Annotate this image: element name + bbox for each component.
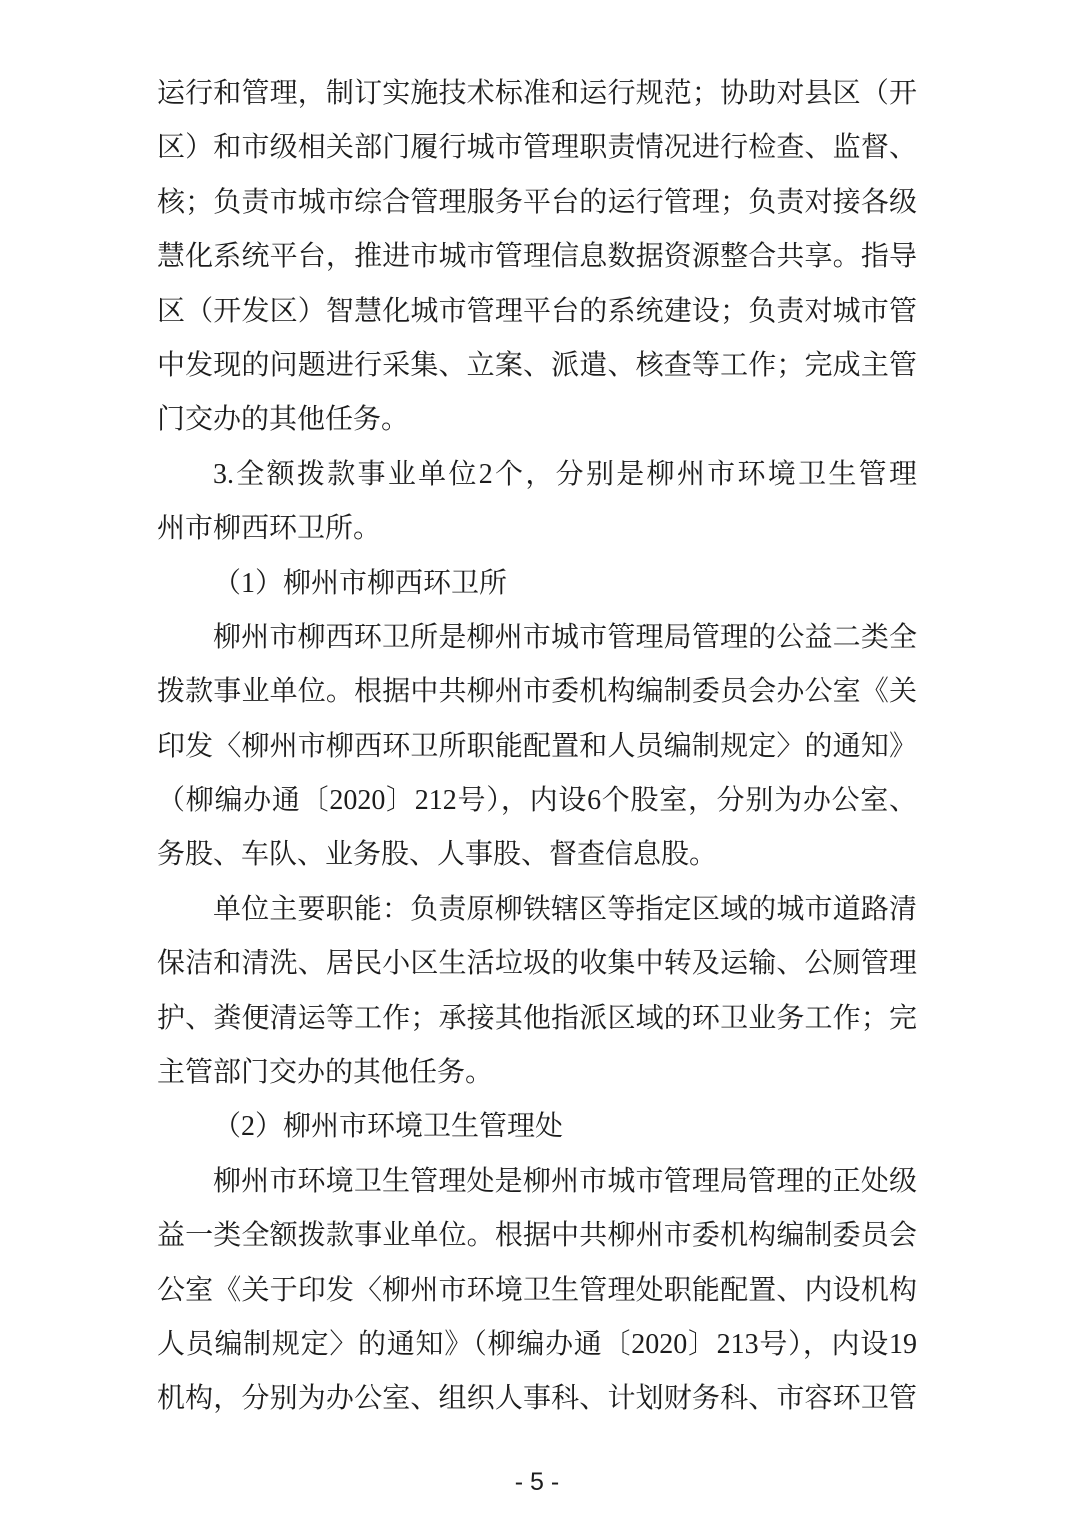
text-line: 保洁和清洗、居民小区生活垃圾的收集中转及运输、公厕管理维 <box>157 937 917 991</box>
subsection-heading: （2）柳州市环境卫生管理处 <box>157 1100 917 1154</box>
text-line: 核；负责市城市综合管理服务平台的运行管理；负责对接各级智 <box>157 176 917 230</box>
text-line: 3.全额拨款事业单位2个，分别是柳州市环境卫生管理处、柳 <box>157 448 917 502</box>
document-body-text: 运行和管理，制订实施技术标准和运行规范；协助对县区（开发 区）和市级相关部门履行… <box>157 67 917 1427</box>
text-line: 单位主要职能：负责原柳铁辖区等指定区域的城市道路清扫 <box>157 883 917 937</box>
text-line: 务股、车队、业务股、人事股、督查信息股。 <box>157 828 917 882</box>
subsection-heading: （1）柳州市柳西环卫所 <box>157 557 917 611</box>
text-line: 中发现的问题进行采集、立案、派遣、核查等工作；完成主管部 <box>157 339 917 393</box>
document-page: { "colors": { "background": "#ffffff", "… <box>0 0 1074 1520</box>
text-line: 运行和管理，制订实施技术标准和运行规范；协助对县区（开发 <box>157 67 917 121</box>
text-line: 门交办的其他任务。 <box>157 393 917 447</box>
text-line: （柳编办通〔2020〕212号），内设6个股室，分别为办公室、财 <box>157 774 917 828</box>
text-line: 州市柳西环卫所。 <box>157 502 917 556</box>
text-line: 印发〈柳州市柳西环卫所职能配置和人员编制规定〉的通知》 <box>157 720 917 774</box>
text-line: 机构，分别为办公室、组织人事科、计划财务科、市容环卫管理 <box>157 1372 917 1426</box>
text-line: 柳州市柳西环卫所是柳州市城市管理局管理的公益二类全额 <box>157 611 917 665</box>
text-line: 主管部门交办的其他任务。 <box>157 1046 917 1100</box>
text-line: 区）和市级相关部门履行城市管理职责情况进行检查、监督、考 <box>157 121 917 175</box>
text-line: 慧化系统平台，推进市城市管理信息数据资源整合共享。指导县 <box>157 230 917 284</box>
text-line: 护、粪便清运等工作；承接其他指派区域的环卫业务工作；完成 <box>157 992 917 1046</box>
text-line: 区（开发区）智慧化城市管理平台的系统建设；负责对城市管理 <box>157 285 917 339</box>
text-line: 人员编制规定〉的通知》（柳编办通〔2020〕213号），内设19个 <box>157 1318 917 1372</box>
text-line: 柳州市环境卫生管理处是柳州市城市管理局管理的正处级公 <box>157 1155 917 1209</box>
page-number: - 5 - <box>0 1468 1074 1497</box>
text-line: 益一类全额拨款事业单位。根据中共柳州市委机构编制委员会办 <box>157 1209 917 1263</box>
text-line: 公室《关于印发〈柳州市环境卫生管理处职能配置、内设机构和 <box>157 1264 917 1318</box>
text-line: 拨款事业单位。根据中共柳州市委机构编制委员会办公室《关于 <box>157 665 917 719</box>
